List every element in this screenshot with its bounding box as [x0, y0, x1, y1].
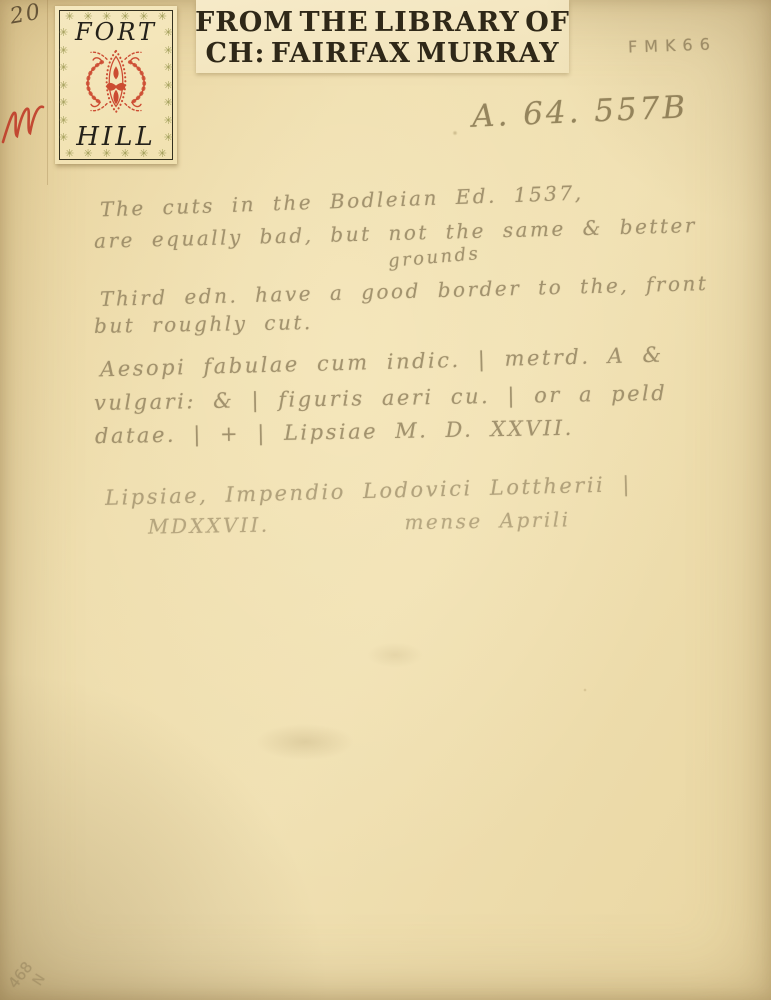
library-provenance-label: FROM THE LIBRARY OF CH: FAIRFAX MURRAY — [196, 0, 569, 73]
red-initial-mark: M — [0, 98, 52, 150]
pencil-note-line: vulgari: & | figuris aeri cu. | or a pel… — [94, 381, 668, 415]
pencil-note-line: but roughly cut. — [94, 310, 313, 338]
bottom-corner-pencil-letter: N — [30, 971, 49, 988]
pencil-note-line: Third edn. have a good border to the, fr… — [100, 271, 709, 311]
scanned-flyleaf-page: 20 M ✳✳✳✳✳✳ ✳✳✳✳✳✳ ✳✳✳✳✳✳✳ ✳✳✳✳✳✳✳ FORT — [0, 0, 771, 1000]
bookplate-word-fort: FORT — [55, 18, 177, 46]
paper-crease — [47, 0, 48, 185]
pencil-note-line: The cuts in the Bodleian Ed. 1537, — [100, 181, 584, 222]
bookplate-fleuron-ornament-icon — [64, 45, 168, 121]
pencil-note-line: Lipsiae, Impendio Lodovici Lottherii | — [105, 472, 632, 510]
library-label-line1: FROM THE LIBRARY OF — [195, 7, 570, 38]
pencil-note-line: datae. | + | Lipsiae M. D. XXVII. — [95, 416, 574, 448]
red-initial-glyph — [0, 98, 52, 150]
pencil-note-interline: grounds — [387, 243, 481, 272]
bookplate-word-hill: HILL — [55, 122, 177, 152]
handwritten-shelfmark: A. 64. 557B — [471, 89, 689, 134]
library-label-line2: CH: FAIRFAX MURRAY — [205, 38, 559, 69]
pencil-note-line: MDXXVII. mense Aprili — [148, 507, 571, 538]
fort-hill-bookplate: ✳✳✳✳✳✳ ✳✳✳✳✳✳ ✳✳✳✳✳✳✳ ✳✳✳✳✳✳✳ FORT — [55, 6, 177, 164]
pencil-note-line: Aesopi fabulae cum indic. | metrd. A & — [100, 343, 664, 382]
pencil-note-line: are equally bad, but not the same & bett… — [94, 213, 697, 253]
pencil-accession-code: FMK66 — [628, 34, 717, 56]
corner-ink-number: 20 — [8, 0, 44, 30]
